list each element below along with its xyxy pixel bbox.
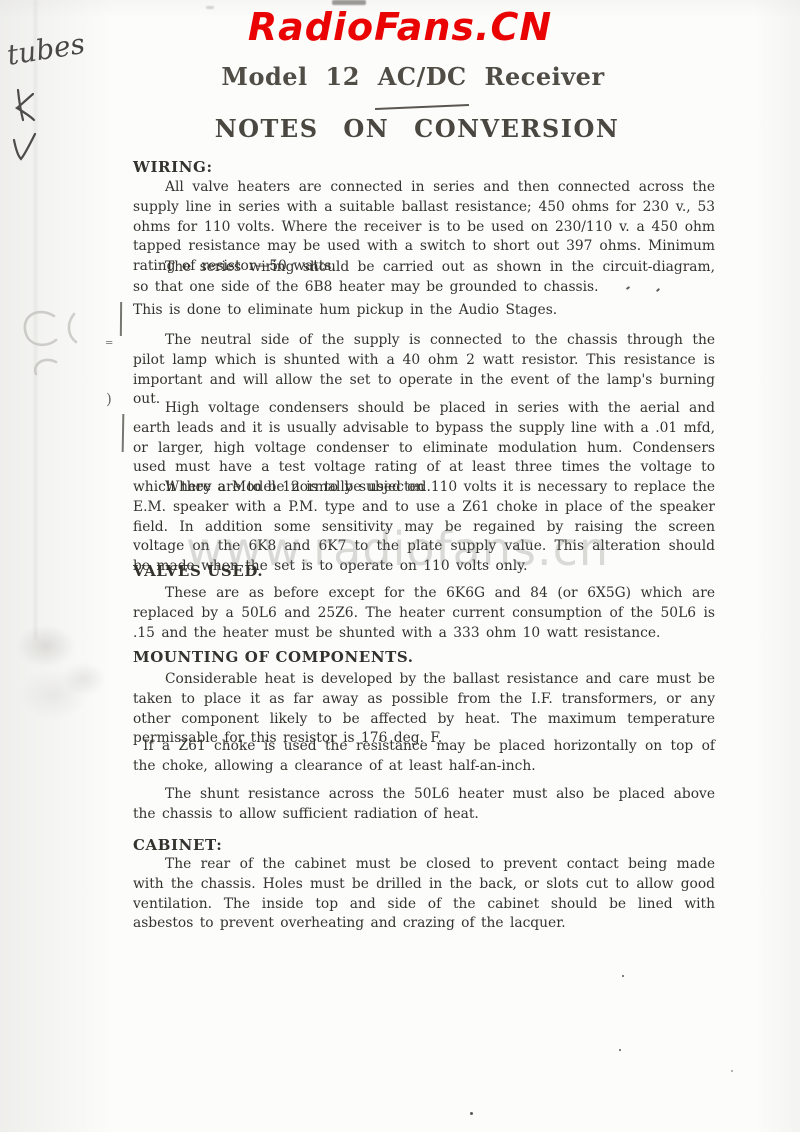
section-heading-valves-used: VALVES USED.	[133, 562, 715, 580]
pen-mark-tick	[14, 134, 35, 159]
scan-speck	[619, 1049, 621, 1051]
document-title: Model 12 AC/DC Receiver	[0, 62, 800, 91]
scan-speck	[731, 1070, 733, 1072]
paragraph: If a Z61 choke is used the resistance ma…	[133, 737, 715, 777]
paragraph: The rear of the cabinet must be closed t…	[133, 855, 715, 934]
scan-smudge	[332, 0, 366, 5]
paragraph: These are as before except for the 6K6G …	[133, 584, 715, 643]
document-subtitle: NOTES ON CONVERSION	[0, 114, 800, 143]
paragraph: The series wiring should be carried out …	[133, 258, 715, 298]
section-heading-cabinet: CABINET:	[133, 836, 715, 854]
scan-speck	[622, 975, 624, 977]
scan-smudge	[206, 6, 214, 9]
handwritten-margin-notes: tubes	[4, 28, 96, 168]
margin-pen-line	[122, 414, 124, 452]
title-divider	[375, 104, 469, 110]
paragraph: This is done to eliminate hum pickup in …	[133, 301, 715, 321]
margin-pen-line	[120, 302, 122, 336]
margin-pen-mark: )	[106, 390, 112, 408]
scan-stain	[0, 606, 120, 724]
handwritten-word-tubes: tubes	[5, 28, 87, 72]
pen-mark-k	[17, 90, 34, 120]
margin-pen-mark: =	[105, 338, 113, 349]
section-heading-wiring: WIRING:	[133, 158, 715, 176]
section-heading-mounting: MOUNTING OF COMPONENTS.	[133, 648, 715, 666]
paragraph: The shunt resistance across the 50L6 hea…	[133, 785, 715, 825]
scan-speck	[470, 1112, 473, 1115]
scanned-document-page: RadioFans.CN Model 12 AC/DC Receiver NOT…	[0, 0, 800, 1132]
faint-margin-marks	[8, 300, 118, 400]
site-banner: RadioFans.CN	[0, 5, 800, 49]
